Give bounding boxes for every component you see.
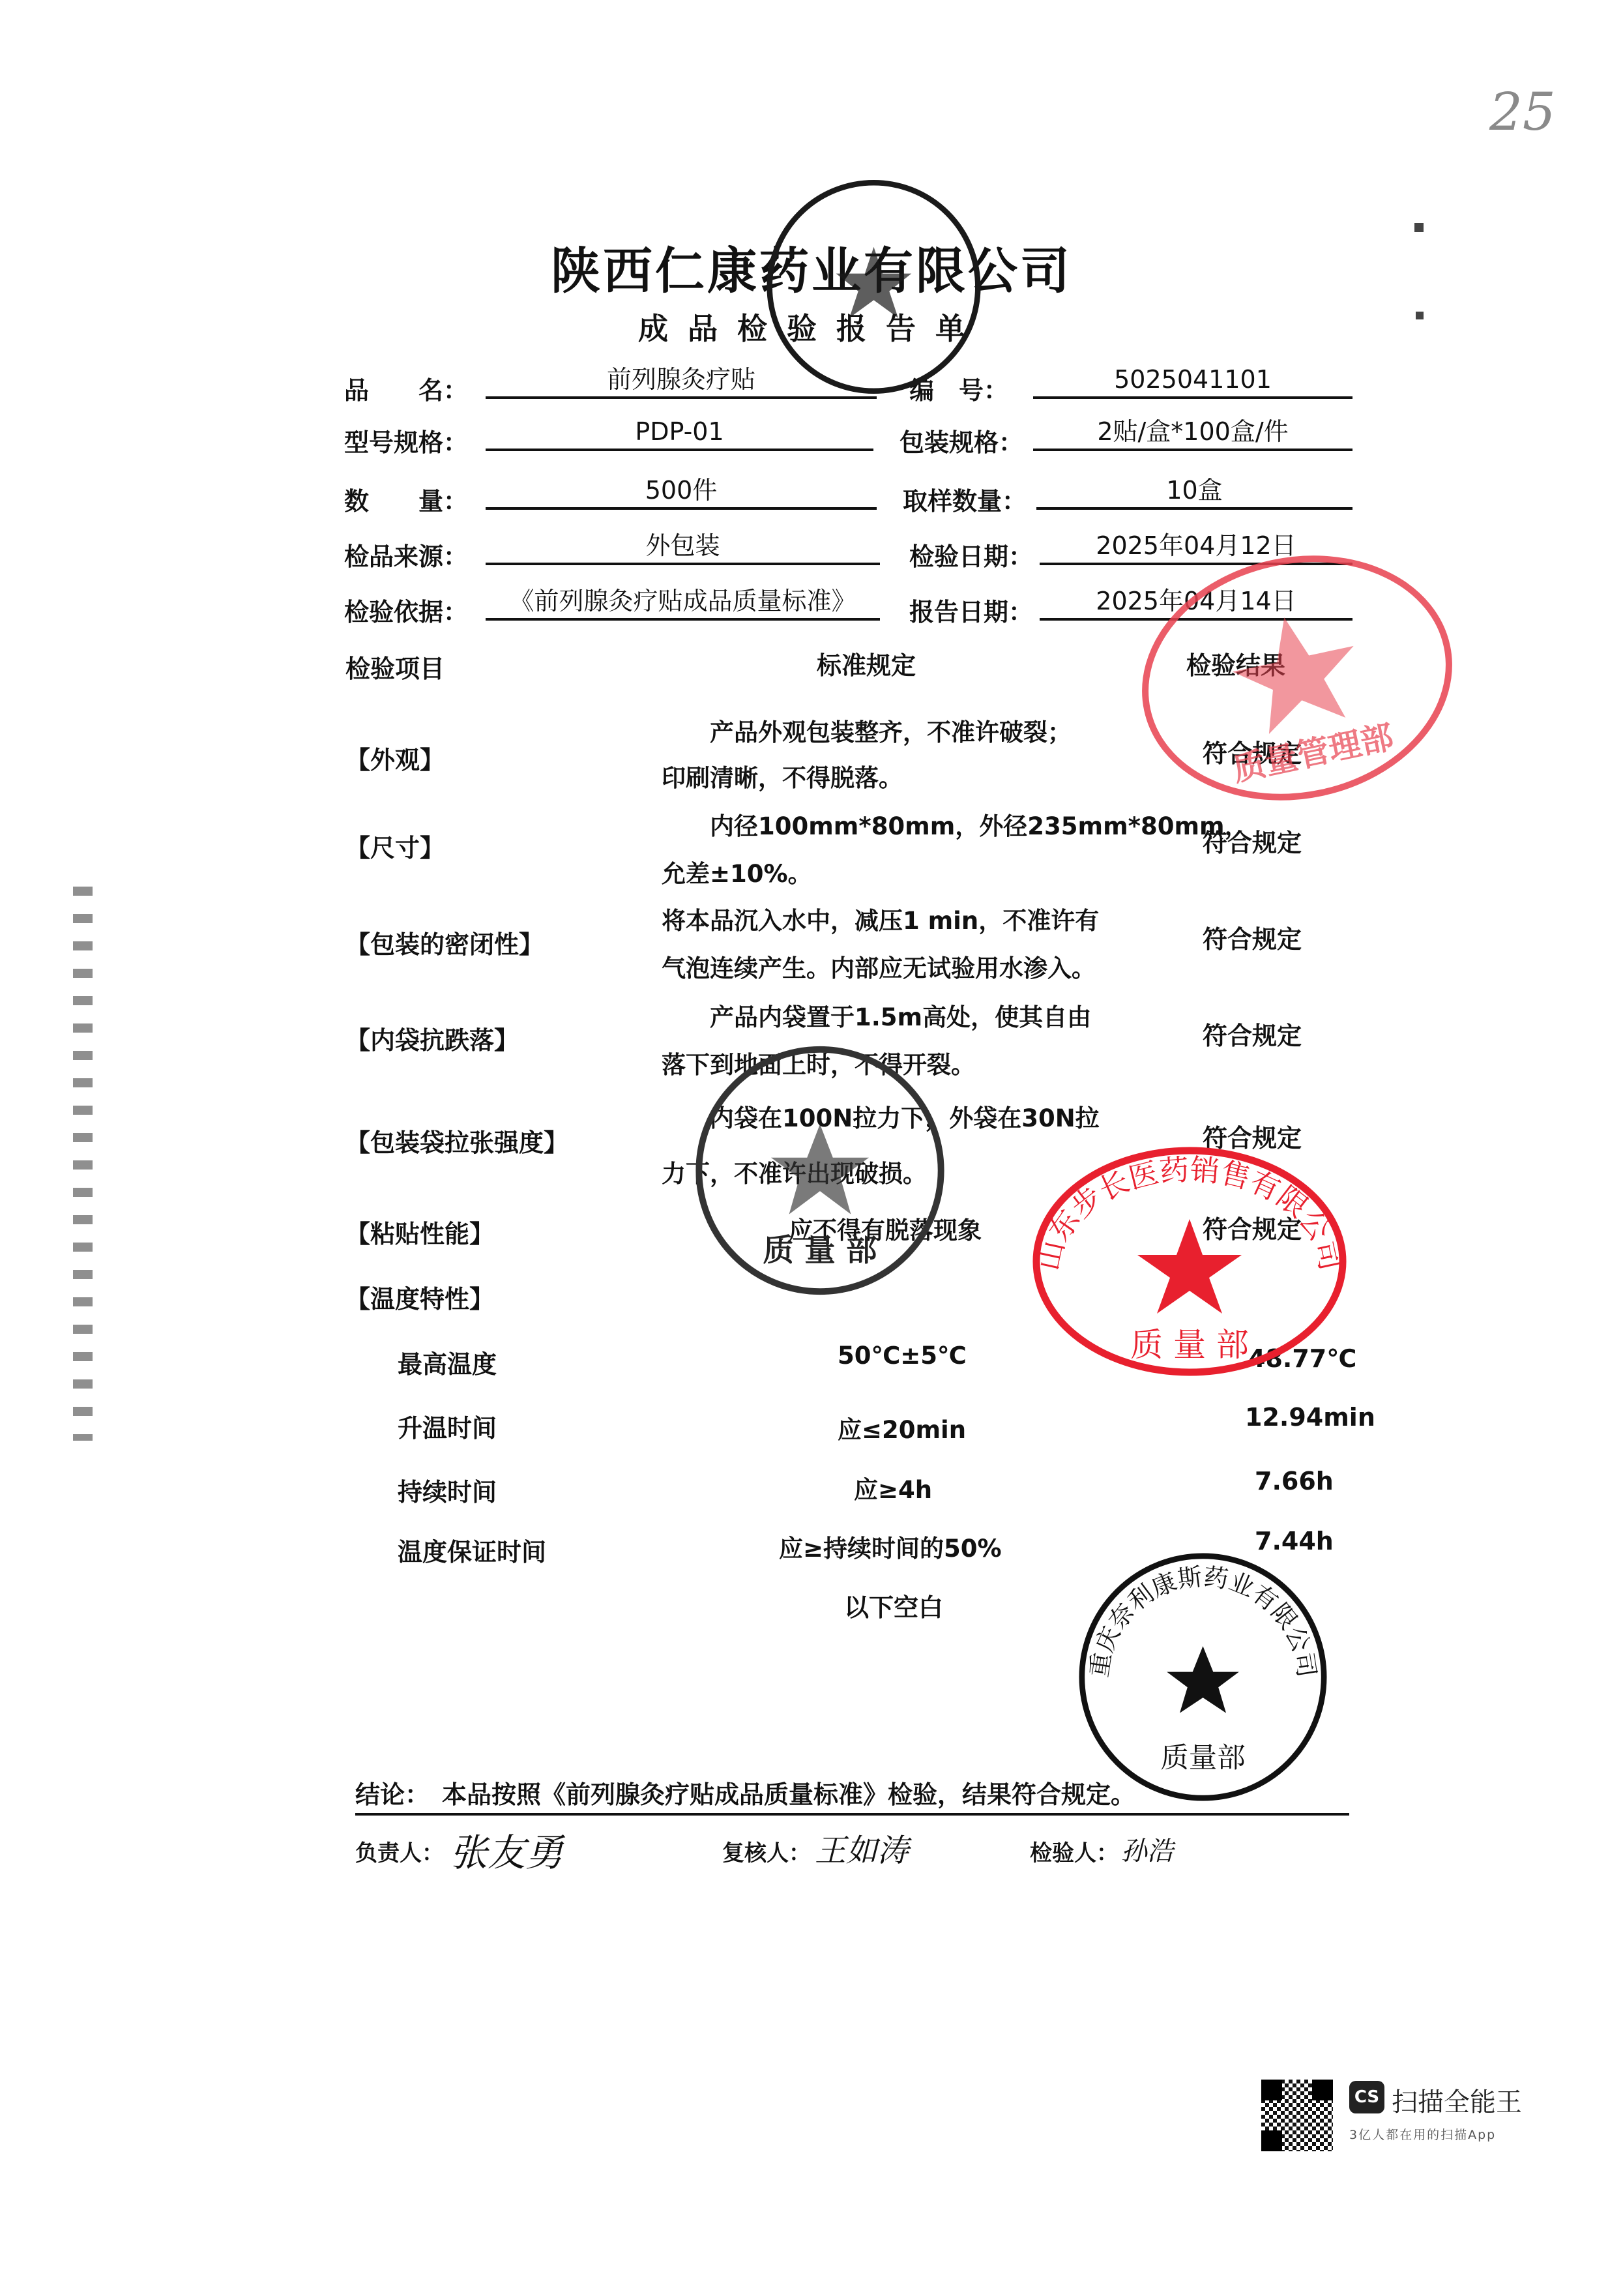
- temp-result-max: 48.77℃: [1248, 1344, 1356, 1373]
- packing-field: 2贴/盒*100盒/件: [1033, 416, 1352, 451]
- row-standard-drop-2: 落下到地面上时，不得开裂。: [662, 1045, 975, 1080]
- quantity-field: 500件: [486, 475, 877, 510]
- row-standard-appearance-1: 产品外观包装整齐，不准许破裂；: [662, 713, 1072, 748]
- temp-item-max: 最高温度: [398, 1344, 497, 1380]
- inspect-date-field: 2025年04月12日: [1040, 530, 1352, 565]
- col-header-result: 检验结果: [1186, 645, 1285, 681]
- responsible-label: 负责人：: [355, 1835, 444, 1867]
- model-field: PDP-01: [486, 416, 873, 451]
- inspect-date-label: 检验日期：: [909, 537, 1033, 572]
- red-quality-management-stamp: 质量管理部: [1111, 520, 1483, 836]
- temp-standard-rise: 应≤20min: [838, 1410, 966, 1445]
- report-date-field: 2025年04月14日: [1040, 585, 1352, 621]
- row-result-drop: 符合规定: [1203, 1016, 1302, 1052]
- col-header-standard: 标准规定: [817, 645, 916, 681]
- handwritten-page-number: 25: [1489, 81, 1556, 142]
- basis-field: 《前列腺灸疗贴成品质量标准》: [486, 585, 880, 621]
- camscanner-app-name: 扫描全能王: [1392, 2082, 1522, 2119]
- svg-text:质 量 部: 质 量 部: [1130, 1326, 1249, 1364]
- col-header-item: 检验项目: [345, 649, 445, 684]
- camscanner-tagline: 3亿人都在用的扫描App: [1349, 2125, 1496, 2143]
- temp-standard-duration: 应≥4h: [854, 1470, 932, 1505]
- row-standard-size-1: 内径100mm*80mm，外径235mm*80mm，: [662, 806, 1249, 842]
- basis-label: 检验依据：: [344, 592, 468, 628]
- row-result-size: 符合规定: [1203, 823, 1302, 859]
- row-standard-adhesion: 应不得有脱落现象: [789, 1211, 982, 1246]
- model-label: 型号规格：: [344, 422, 468, 458]
- sample-field: 10盒: [1036, 475, 1352, 510]
- row-item-adhesion: 【粘贴性能】: [345, 1214, 494, 1250]
- sample-label: 取样数量：: [903, 481, 1027, 517]
- row-item-tensile: 【包装袋拉张强度】: [345, 1123, 568, 1158]
- number-field: 5025041101: [1033, 364, 1352, 399]
- svg-text:重庆奈利康斯药业有限公司: 重庆奈利康斯药业有限公司: [1085, 1562, 1322, 1679]
- source-field: 外包装: [486, 530, 880, 565]
- temp-result-duration: 7.66h: [1255, 1467, 1334, 1495]
- inspector-signature: 孙浩: [1121, 1831, 1173, 1868]
- row-standard-size-2: 允差±10%。: [662, 854, 812, 889]
- quantity-label: 数 量：: [344, 481, 468, 517]
- source-label: 检品来源：: [344, 537, 468, 572]
- row-item-sealing: 【包装的密闭性】: [345, 924, 544, 960]
- row-standard-tensile-2: 力下，不准许出现破损。: [662, 1154, 927, 1189]
- temp-item-guarantee: 温度保证时间: [398, 1532, 546, 1568]
- row-result-appearance: 符合规定: [1203, 733, 1302, 769]
- temp-standard-guarantee: 应≥持续时间的50%: [779, 1529, 1002, 1564]
- blank-note: 以下空白: [844, 1587, 943, 1623]
- row-item-appearance: 【外观】: [345, 740, 445, 776]
- qr-code: [1261, 2080, 1333, 2151]
- camscanner-logo-icon: CS: [1349, 2081, 1384, 2113]
- temp-result-guarantee: 7.44h: [1255, 1527, 1334, 1555]
- row-standard-sealing-1: 将本品沉入水中，减压1 min，不准许有: [662, 901, 1099, 936]
- scan-speck: [1414, 223, 1424, 232]
- row-item-temperature: 【温度特性】: [345, 1279, 494, 1315]
- product-name-label: 品 名：: [344, 370, 468, 406]
- number-label: 编 号：: [909, 370, 1008, 406]
- inspector-label: 检验人：: [1030, 1835, 1119, 1867]
- document-title: 成品检验报告单: [0, 305, 1623, 348]
- row-item-size: 【尺寸】: [345, 828, 445, 864]
- temp-item-duration: 持续时间: [398, 1472, 497, 1508]
- row-standard-tensile-1: 内袋在100N拉力下，外袋在30N拉: [662, 1098, 1100, 1134]
- margin-bleed-marks: [73, 887, 93, 1441]
- reviewer-signature: 王如涛: [815, 1825, 909, 1870]
- row-item-drop: 【内袋抗跌落】: [345, 1020, 519, 1056]
- row-standard-drop-1: 产品内袋置于1.5m高处，使其自由: [662, 997, 1091, 1033]
- temp-item-rise: 升温时间: [398, 1408, 497, 1444]
- product-name-field: 前列腺灸疗贴: [486, 364, 877, 399]
- row-standard-sealing-2: 气泡连续产生。内部应无试验用水渗入。: [662, 949, 1096, 984]
- stamp-graphic: 质量管理部: [1111, 520, 1483, 836]
- responsible-signature: 张友勇: [450, 1822, 563, 1877]
- row-result-sealing: 符合规定: [1203, 919, 1302, 955]
- reviewer-label: 复核人：: [722, 1835, 811, 1867]
- chongqing-stamp: 重庆奈利康斯药业有限公司 质量部: [1074, 1548, 1332, 1806]
- svg-text:质量部: 质量部: [1160, 1742, 1245, 1774]
- stamp-graphic: 重庆奈利康斯药业有限公司 质量部: [1074, 1548, 1332, 1806]
- conclusion: 结论： 本品按照《前列腺灸疗贴成品质量标准》检验，结果符合规定。: [355, 1774, 1349, 1816]
- row-result-tensile: 符合规定: [1203, 1118, 1302, 1154]
- report-date-label: 报告日期：: [909, 592, 1033, 628]
- temp-result-rise: 12.94min: [1245, 1403, 1375, 1432]
- temp-standard-max: 50℃±5℃: [838, 1342, 967, 1370]
- company-title: 陕西仁康药业有限公司: [0, 231, 1623, 302]
- row-standard-appearance-2: 印刷清晰，不得脱落。: [662, 758, 903, 793]
- packing-label: 包装规格：: [899, 422, 1023, 458]
- row-result-adhesion: 符合规定: [1203, 1209, 1302, 1245]
